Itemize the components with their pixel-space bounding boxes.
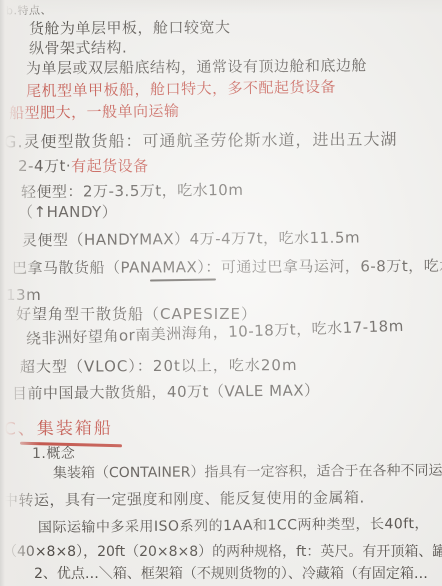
red-note-full-hull: 船型肥大，一般单向运输: [9, 103, 180, 122]
container-definition-line2: 中转运，具有一定强度和刚度、能反复使用的金属箱.: [3, 489, 365, 509]
emphasis-underline: [150, 278, 216, 281]
container-sizes-line: （40×8×8），20ft（20×8×8）的两种规格，ft：英尺。有开顶箱、罐装: [3, 545, 442, 560]
vloc-line: 超大型（VLOC）：20t以上，吃水20m: [20, 357, 298, 375]
note-bottom-structure: 为单层或双层船底结构，通常设有顶边舱和底边舱: [26, 58, 367, 77]
capesize-line: 好望角型干散货船（CAPESIZE）: [16, 306, 257, 323]
container-definition-line1: 集装箱（CONTAINER）指具有一定容积，适合于在各种不同运输方式: [53, 463, 442, 481]
note-cargo-hold: 货舱为单层甲板，舱口较宽大: [29, 19, 231, 37]
section-b-heading: b.特点、: [6, 5, 52, 18]
draft-13m-line: 13m: [6, 287, 41, 304]
red-gear-annotation: 有起货设备: [71, 157, 149, 175]
concept-heading: 1.概念: [32, 447, 75, 462]
handysize-heading: G.灵便型散货船：可通航圣劳伦斯水道，进出五大湖: [4, 131, 398, 151]
panamax-line: 巴拿马散货船（PANAMAX）：可通过巴拿马运河，6-8万t，吃水: [12, 258, 442, 277]
iso-standard-line: 国际运输中多采用ISO系列的1AA和1CC两种类型，长40ft，: [38, 517, 429, 536]
section-c-heading: C、集装箱船: [4, 420, 113, 440]
valemax-line: 目前中国最大散货船，40万t（VALE MAX）: [12, 382, 320, 402]
tonnage-text: 2-4万t·: [18, 157, 71, 175]
container-types-line: 2、优点…＼箱、框架箱（不规则货物的）、冷藏箱（有固定箱…: [34, 567, 428, 582]
handy-label-line: （↑HANDY）: [18, 204, 117, 221]
handymax-line: 灵便型（HANDYMAX）4万-4万7t，吃水11.5m: [22, 230, 360, 249]
red-note-aft-engine: 尾机型单甲板船，舱口特大，多不配起货设备: [26, 79, 336, 100]
tonnage-note: 2-4万t·有起货设备: [18, 158, 149, 175]
handwritten-notes-photo: b.特点、 货舱为单层甲板，舱口较宽大 纵骨架式结构. 为单层或双层船底结构，通…: [0, 0, 442, 586]
note-framing: 纵骨架式结构.: [29, 39, 127, 57]
handy-type-line: 轻便型：2万-3.5万t，吃水10m: [21, 182, 244, 201]
